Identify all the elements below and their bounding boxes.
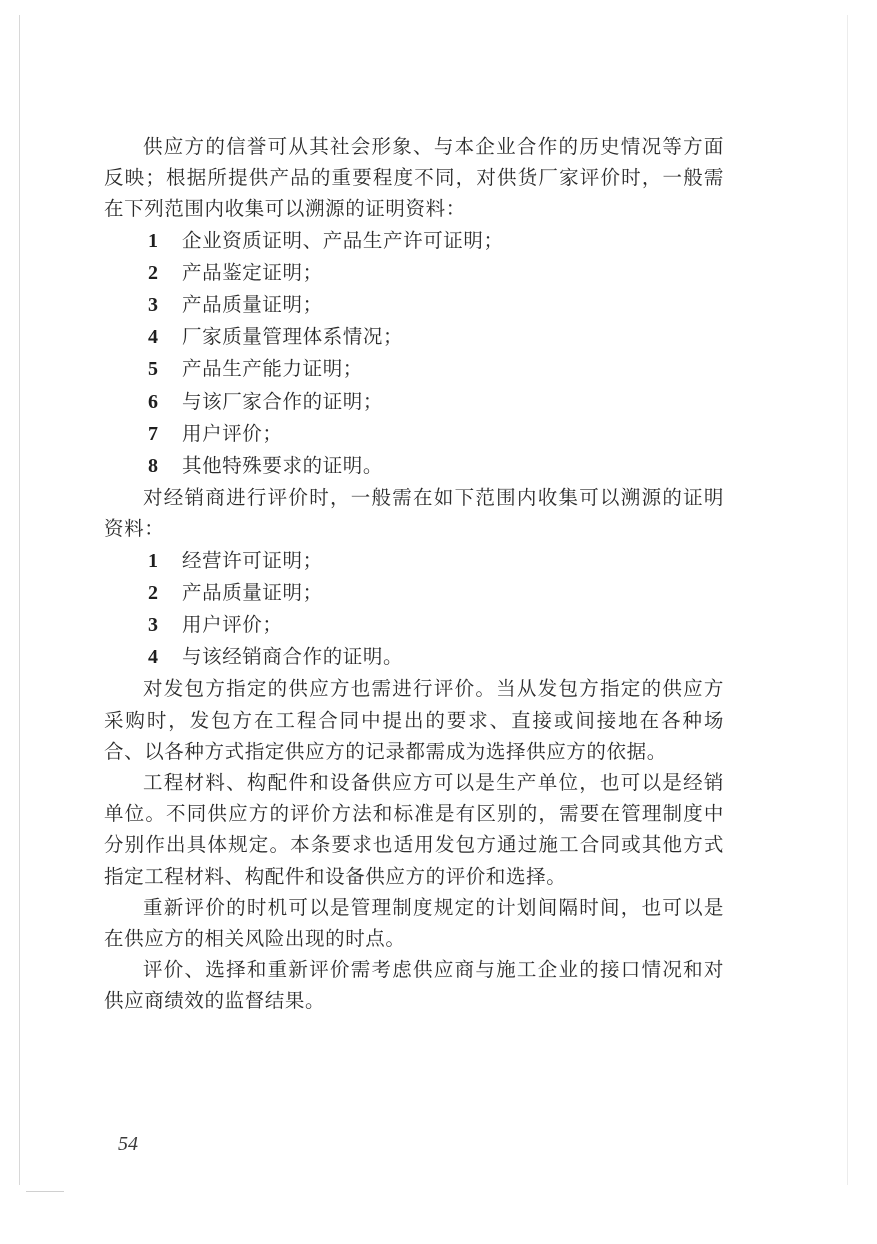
list-item: 1企业资质证明、产品生产许可证明；: [104, 225, 724, 257]
list-item: 8其他特殊要求的证明。: [104, 450, 724, 482]
list-text: 与该厂家合作的证明；: [182, 390, 383, 413]
list-text: 经营许可证明；: [182, 549, 323, 572]
list-text: 其他特殊要求的证明。: [182, 454, 383, 477]
list-item: 1经营许可证明；: [104, 545, 724, 577]
list-text: 用户评价；: [182, 422, 283, 445]
list-text: 企业资质证明、产品生产许可证明；: [182, 229, 504, 252]
paragraph-reevaluation-timing: 重新评价的时机可以是管理制度规定的计划间隔时间，也可以是在供应方的相关风险出现的…: [104, 892, 724, 954]
list-item: 3用户评价；: [104, 609, 724, 641]
paragraph-interface-considerations: 评价、选择和重新评价需考虑供应商与施工企业的接口情况和对供应商绩效的监督结果。: [104, 954, 724, 1016]
list-item: 5产品生产能力证明；: [104, 353, 724, 385]
list-number: 4: [148, 642, 182, 673]
list-number: 3: [148, 610, 182, 641]
paragraph-materials-supplier: 工程材料、构配件和设备供应方可以是生产单位，也可以是经销单位。不同供应方的评价方…: [104, 767, 724, 892]
list-number: 3: [148, 290, 182, 321]
list-item: 4厂家质量管理体系情况；: [104, 321, 724, 353]
page-edge-bottom: [26, 1191, 64, 1192]
list-number: 8: [148, 451, 182, 482]
list-item: 2产品质量证明；: [104, 577, 724, 609]
paragraph-supplier-reputation: 供应方的信誉可从其社会形象、与本企业合作的历史情况等方面反映；根据所提供产品的重…: [104, 131, 724, 225]
list-text: 产品生产能力证明；: [182, 357, 363, 380]
list-item: 2产品鉴定证明；: [104, 257, 724, 289]
list-number: 5: [148, 354, 182, 385]
list-item: 3产品质量证明；: [104, 289, 724, 321]
page-edge-right: [847, 15, 848, 1185]
list-text: 厂家质量管理体系情况；: [182, 325, 403, 348]
list-text: 产品鉴定证明；: [182, 261, 323, 284]
page-edge-left: [19, 15, 20, 1185]
list-item: 6与该厂家合作的证明；: [104, 386, 724, 418]
list-number: 2: [148, 578, 182, 609]
list-number: 7: [148, 419, 182, 450]
page-body: 供应方的信誉可从其社会形象、与本企业合作的历史情况等方面反映；根据所提供产品的重…: [104, 131, 724, 1017]
dealer-evidence-list: 1经营许可证明； 2产品质量证明； 3用户评价； 4与该经销商合作的证明。: [104, 545, 724, 674]
paragraph-designated-supplier: 对发包方指定的供应方也需进行评价。当从发包方指定的供应方采购时，发包方在工程合同…: [104, 673, 724, 767]
list-text: 用户评价；: [182, 613, 283, 636]
list-item: 4与该经销商合作的证明。: [104, 641, 724, 673]
list-text: 产品质量证明；: [182, 293, 323, 316]
page-number: 54: [118, 1133, 138, 1156]
list-item: 7用户评价；: [104, 418, 724, 450]
list-text: 与该经销商合作的证明。: [182, 645, 403, 668]
paragraph-dealer-evaluation: 对经销商进行评价时，一般需在如下范围内收集可以溯源的证明资料：: [104, 482, 724, 544]
list-number: 2: [148, 258, 182, 289]
manufacturer-evidence-list: 1企业资质证明、产品生产许可证明； 2产品鉴定证明； 3产品质量证明； 4厂家质…: [104, 225, 724, 483]
list-number: 4: [148, 322, 182, 353]
list-number: 1: [148, 226, 182, 257]
list-number: 6: [148, 387, 182, 418]
list-text: 产品质量证明；: [182, 581, 323, 604]
document-page: 供应方的信誉可从其社会形象、与本企业合作的历史情况等方面反映；根据所提供产品的重…: [0, 0, 877, 1244]
list-number: 1: [148, 546, 182, 577]
